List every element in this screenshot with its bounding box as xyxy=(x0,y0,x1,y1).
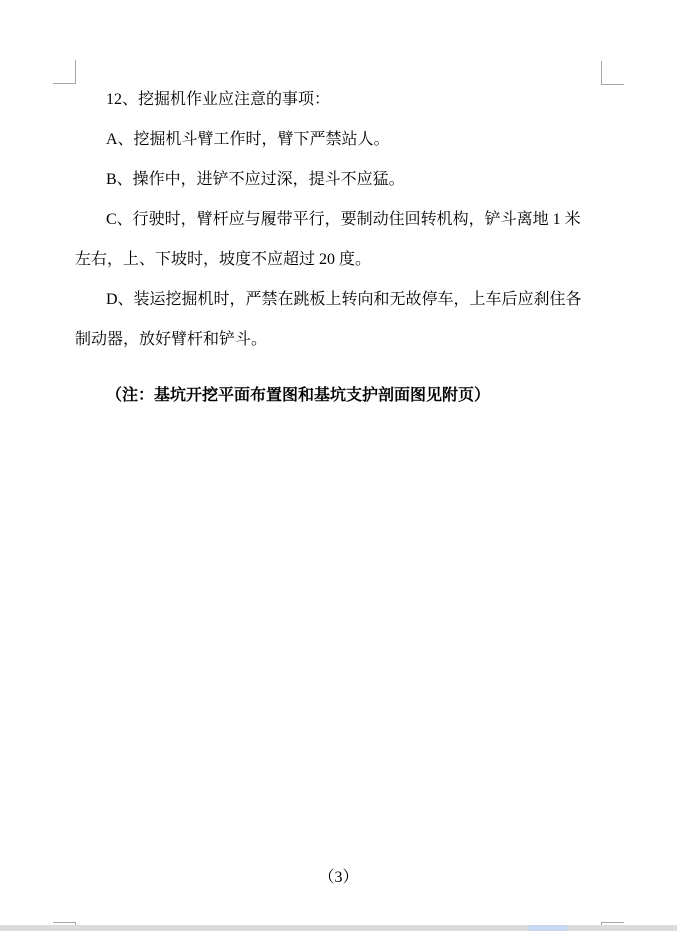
document-page: 12、挖掘机作业应注意的事项： A、挖掘机斗臂工作时，臂下严禁站人。 B、操作中… xyxy=(0,0,677,931)
item-d-line-1: D、装运挖掘机时，严禁在跳板上转向和无故停车，上车后应刹住各 xyxy=(75,280,602,320)
note-line: （注：基坑开挖平面布置图和基坑支护剖面图见附页） xyxy=(75,376,602,416)
page-number: （3） xyxy=(0,866,677,890)
item-a-line: A、挖掘机斗臂工作时，臂下严禁站人。 xyxy=(75,120,602,160)
bottom-strip-accent xyxy=(529,925,567,931)
item-c-line-2: 左右，上、下坡时，坡度不应超过 20 度。 xyxy=(75,240,602,280)
margin-mark-top-left-icon xyxy=(53,60,76,84)
margin-mark-top-right-icon xyxy=(601,61,624,85)
item-b-line: B、操作中，进铲不应过深，提斗不应猛。 xyxy=(75,160,602,200)
document-body: 12、挖掘机作业应注意的事项： A、挖掘机斗臂工作时，臂下严禁站人。 B、操作中… xyxy=(75,80,602,416)
item-c-line-1: C、行驶时，臂杆应与履带平行，要制动住回转机构，铲斗离地 1 米 xyxy=(75,200,602,240)
heading-line: 12、挖掘机作业应注意的事项： xyxy=(75,80,602,120)
page-bottom-edge xyxy=(0,925,677,931)
item-d-line-2: 制动器，放好臂杆和铲斗。 xyxy=(75,320,602,360)
